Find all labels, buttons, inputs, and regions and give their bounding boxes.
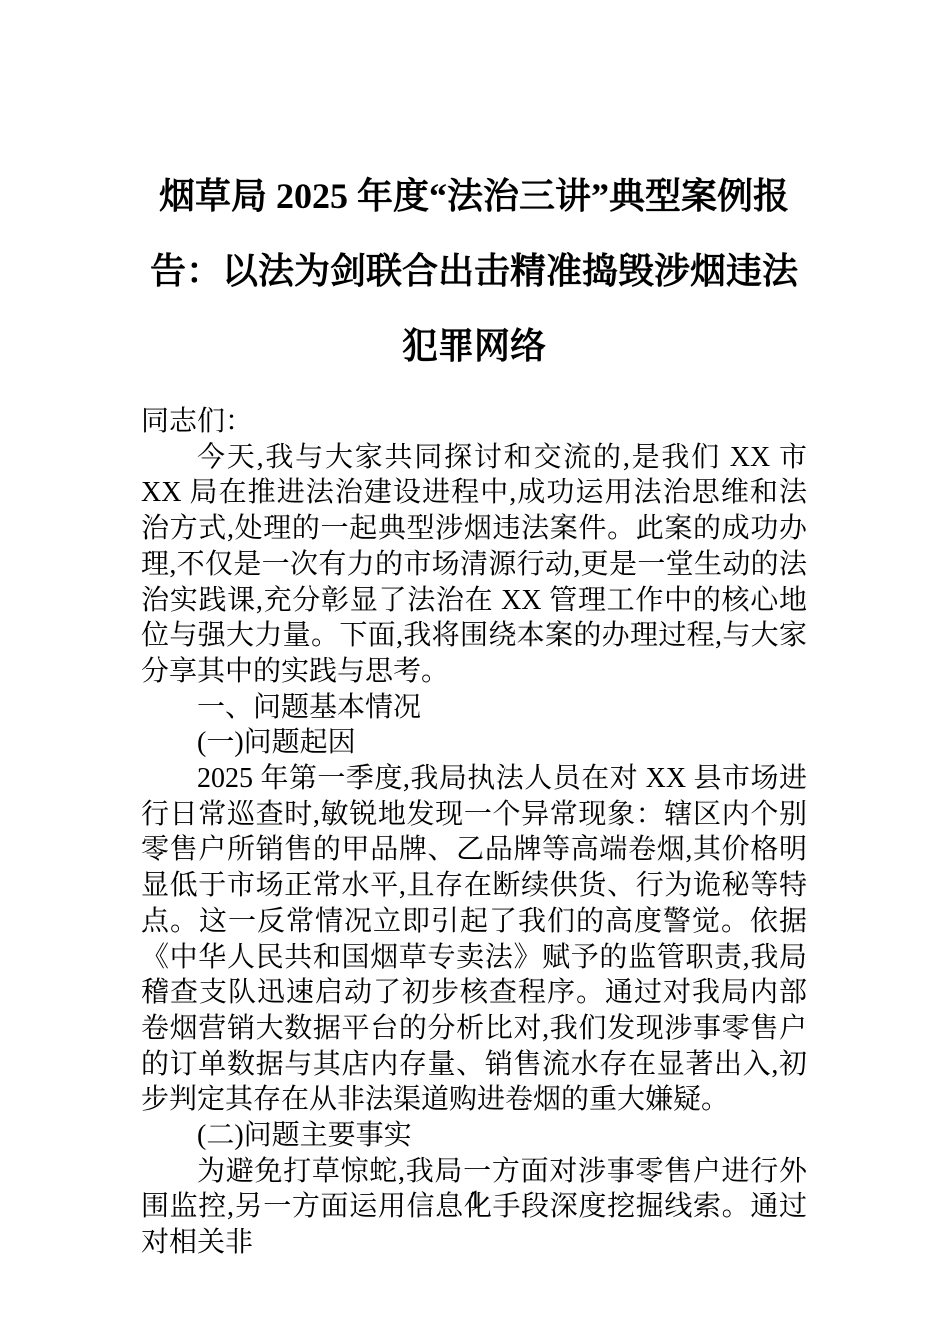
intro-paragraph: 今天,我与大家共同探讨和交流的,是我们 XX 市 XX 局在推进法治建设进程中,… (141, 440, 807, 690)
section-1-1-paragraph: 2025 年第一季度,我局执法人员在对 XX 县市场进行日常巡查时,敏锐地发现一… (141, 761, 807, 1118)
page-number: 1 (0, 1187, 950, 1213)
section-1-2-heading: (二)问题主要事实 (141, 1118, 807, 1154)
document-title: 烟草局 2025 年度“法治三讲”典型案例报告：以法为剑联合出击精准捣毁涉烟违法… (141, 159, 807, 384)
document-page: 烟草局 2025 年度“法治三讲”典型案例报告：以法为剑联合出击精准捣毁涉烟违法… (0, 0, 950, 1344)
salutation: 同志们： (141, 404, 807, 440)
document-body: 同志们： 今天,我与大家共同探讨和交流的,是我们 XX 市 XX 局在推进法治建… (141, 404, 807, 1261)
section-1-1-heading: (一)问题起因 (141, 725, 807, 761)
section-1-heading: 一、问题基本情况 (141, 690, 807, 726)
